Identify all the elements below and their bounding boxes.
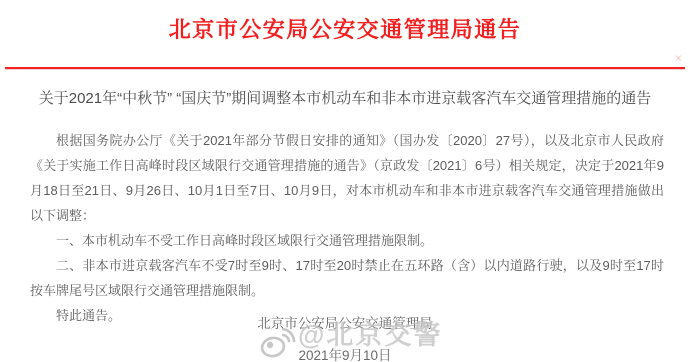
page-title: 北京市公安局公安交通管理局通告 [0,13,690,44]
faint-close-mark: × [675,52,682,64]
notice-clause-2: 二、非本市进京载客汽车不受7时至9时、17时至20时禁止在五环路（含）以内道路行… [30,253,664,303]
notice-clause-1: 一、本市机动车不受工作日高峰时段区域限行交通管理措施限制。 [30,228,664,253]
notice-page: 北京市公安局公安交通管理局通告 × 关于2021年“中秋节” “国庆节”期间调整… [0,0,690,362]
notice-subtitle: 关于2021年“中秋节” “国庆节”期间调整本市机动车和非本市进京载客汽车交通管… [0,87,690,108]
issue-date: 2021年9月10日 [0,344,690,362]
issuer-signature: 北京市公安局公安交通管理局 [0,312,690,332]
signature-block: 北京市公安局公安交通管理局 2021年9月10日 [0,312,690,362]
red-divider [5,67,685,69]
notice-body: 根据国务院办公厅《关于2021年部分节假日安排的通知》（国办发〔2020〕27号… [30,128,664,328]
notice-paragraph-basis: 根据国务院办公厅《关于2021年部分节假日安排的通知》（国办发〔2020〕27号… [30,128,664,228]
